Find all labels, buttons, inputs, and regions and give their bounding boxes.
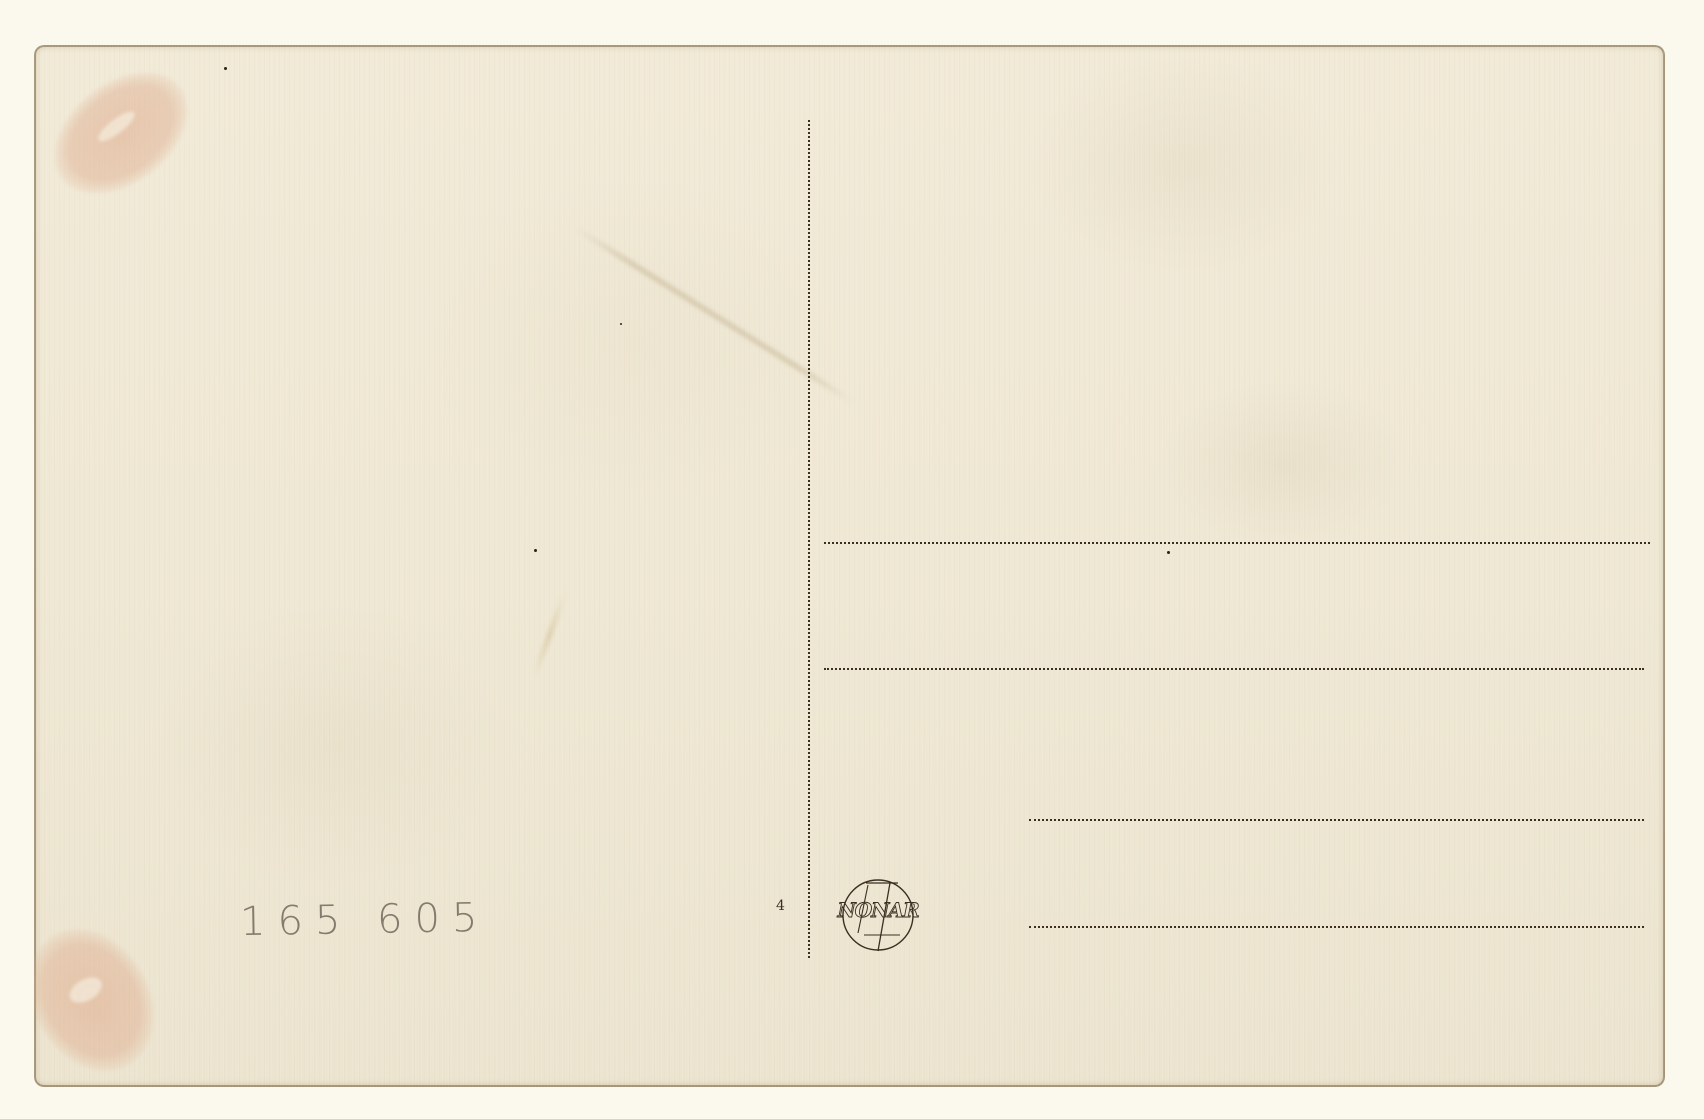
handwritten-catalog-number: 165 605 <box>240 895 490 945</box>
ink-speck <box>620 323 622 325</box>
nonar-publisher-logo-icon: NONAR <box>828 873 928 958</box>
ink-speck <box>1167 551 1170 554</box>
message-address-divider <box>808 120 810 958</box>
ink-speck <box>534 549 537 552</box>
crease-mark-small <box>532 592 567 678</box>
ink-speck <box>224 67 227 70</box>
print-number: 4 <box>776 898 785 914</box>
postcard-back: NONAR 4 165 605 <box>34 45 1665 1087</box>
fingerprint-stain-top-left <box>34 47 211 218</box>
address-line-1 <box>824 542 1650 544</box>
address-line-3 <box>1029 819 1644 821</box>
crease-mark <box>573 225 856 404</box>
scan-background: NONAR 4 165 605 <box>0 0 1704 1119</box>
fingerprint-stain-bottom-left <box>34 906 179 1087</box>
address-line-2 <box>824 668 1644 670</box>
address-line-4 <box>1029 926 1644 928</box>
publisher-logo-text: NONAR <box>836 898 919 922</box>
